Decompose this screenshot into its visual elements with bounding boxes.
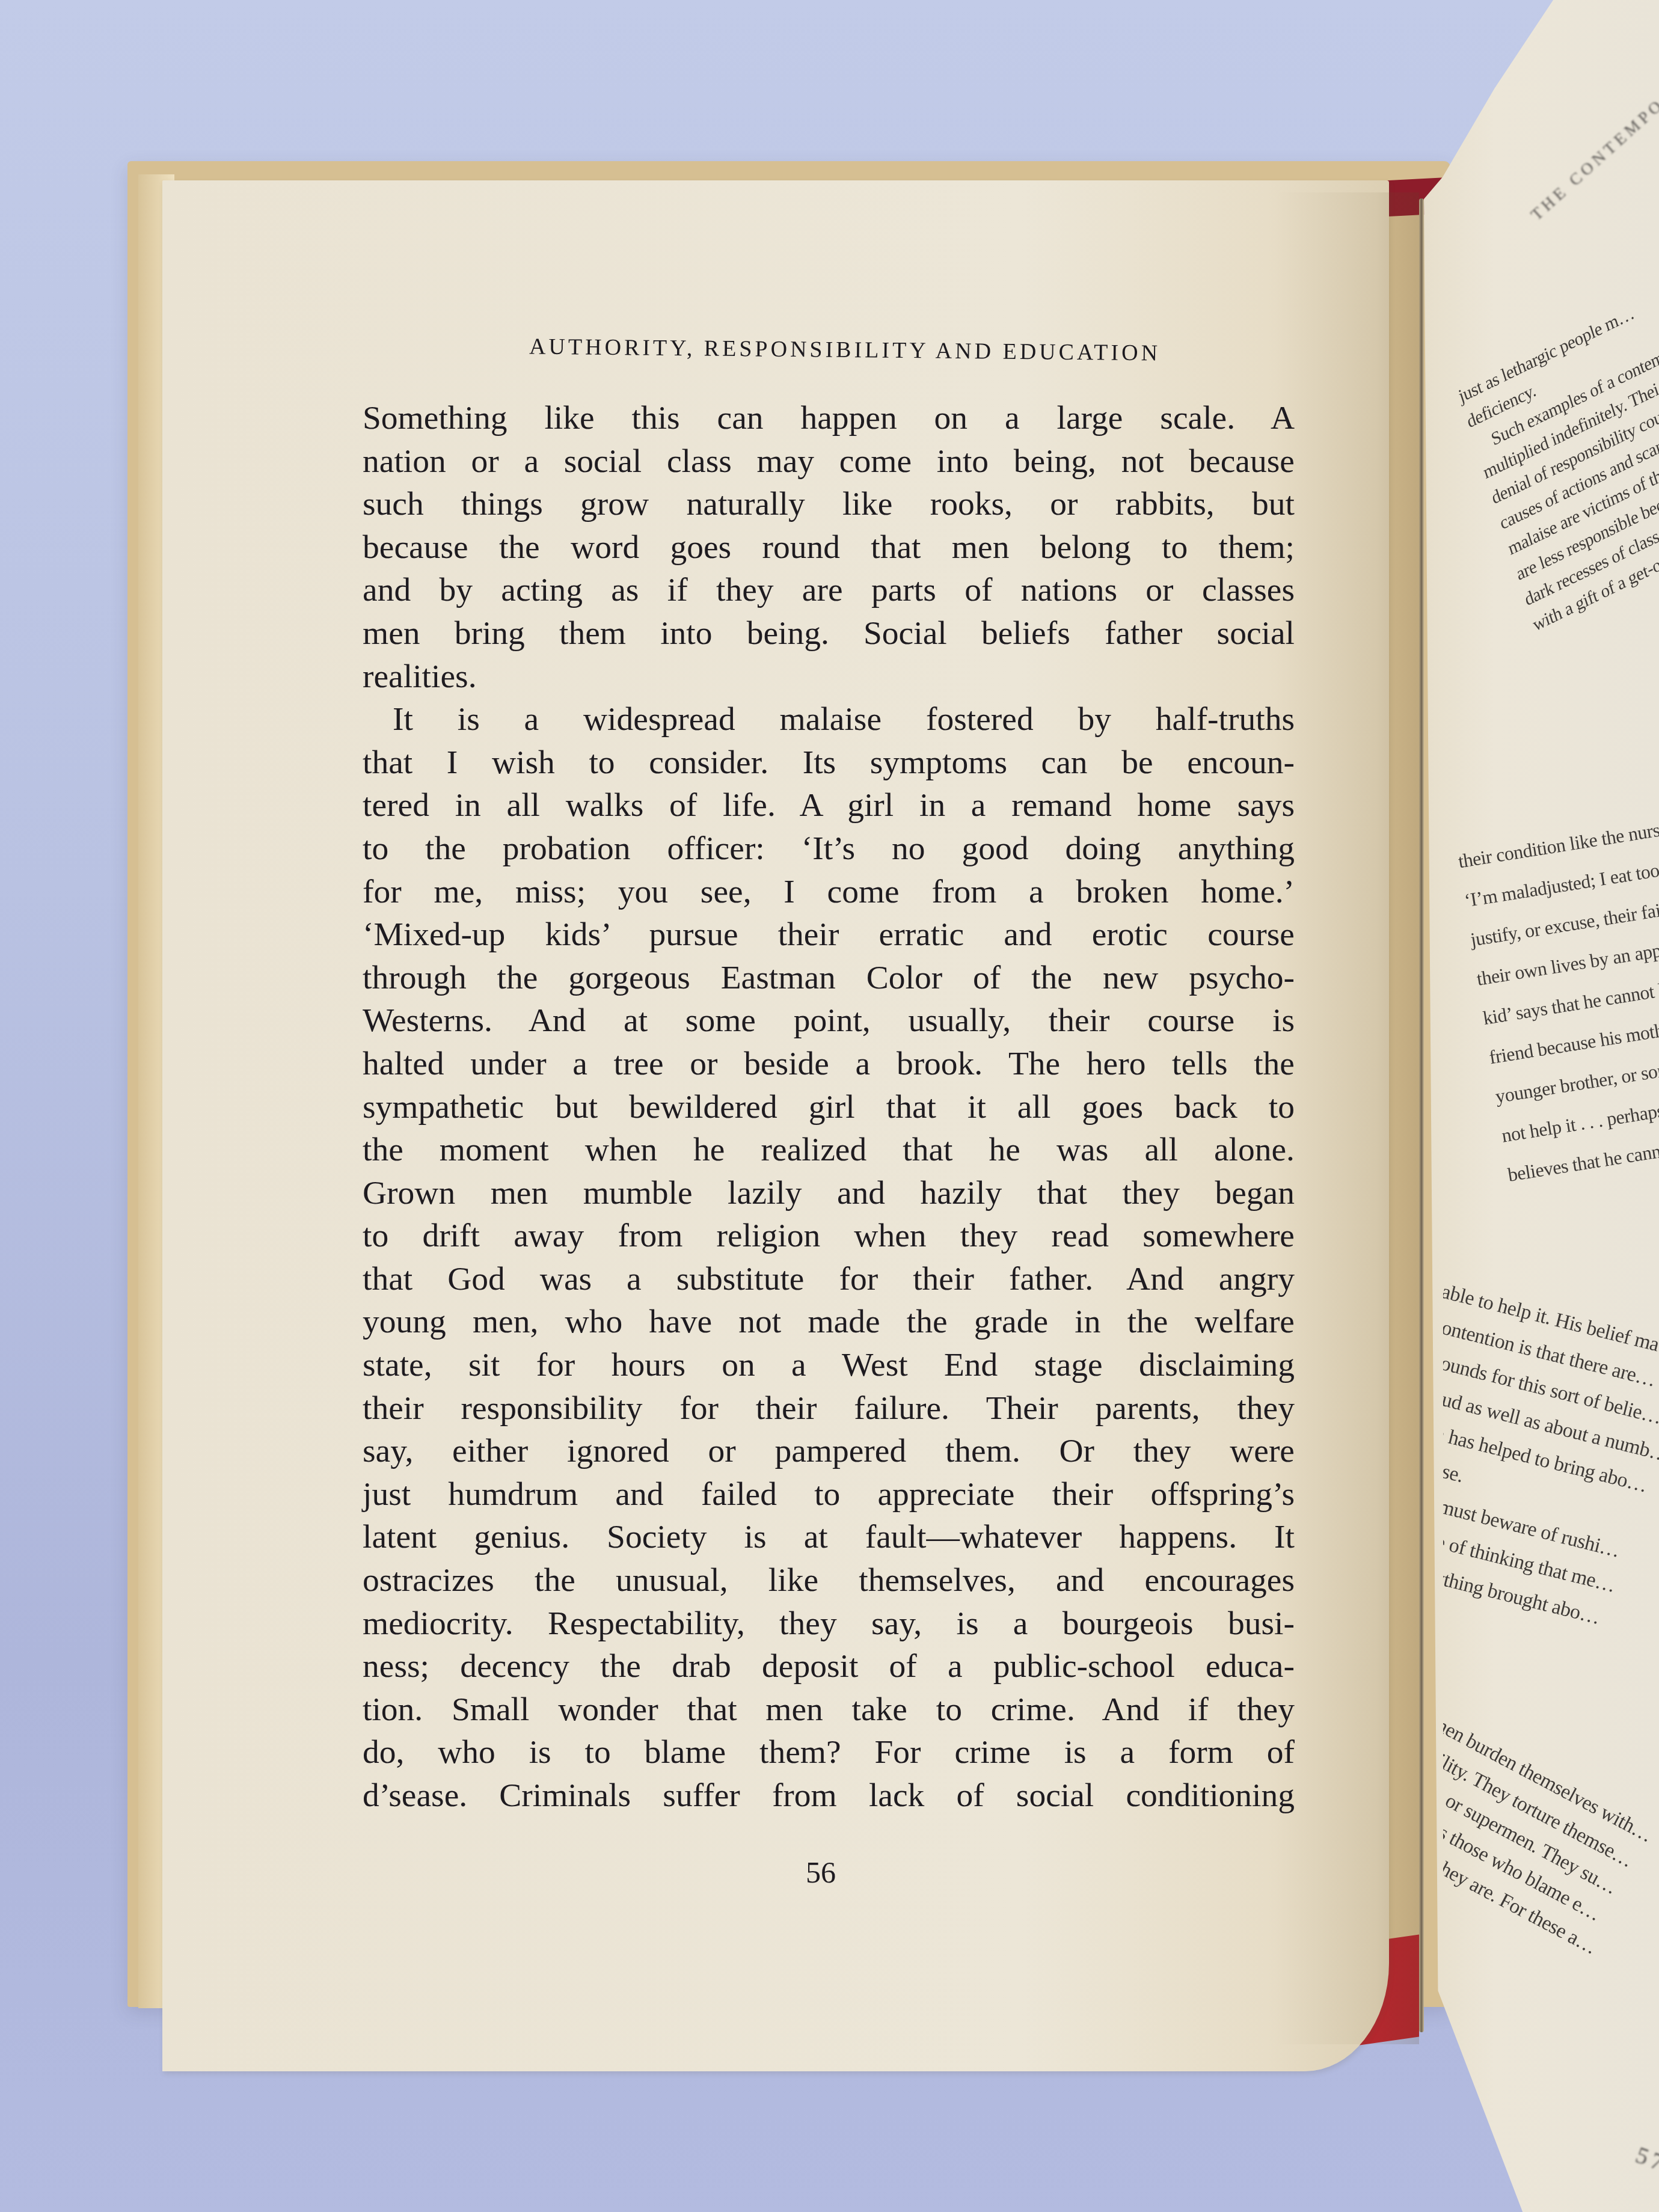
- text-line: to drift away from religion when they re…: [363, 1215, 1295, 1258]
- text-line: say, either ignored or pampered them. Or…: [363, 1430, 1295, 1473]
- text-line: ostracizes the unusual, like themselves,…: [363, 1559, 1295, 1602]
- text-line: ‘Mixed-up kids’ pursue their erratic and…: [363, 913, 1295, 957]
- paragraph-start-line: It is a widespread malaise fostered by h…: [363, 698, 1295, 741]
- text-line: Grown men mumble lazily and hazily that …: [363, 1172, 1295, 1215]
- text-line: ness; decency the drab deposit of a publ…: [363, 1645, 1295, 1688]
- text-line: that God was a substitute for their fath…: [363, 1258, 1295, 1301]
- text-line: d’sease. Criminals suffer from lack of s…: [363, 1774, 1295, 1818]
- right-page-body: just as lethargic people m… deficiency. …: [1455, 200, 1659, 639]
- page-number: 56: [806, 1855, 836, 1890]
- right-page-body-middle: their condition like the nurse… ‘I’m mal…: [1455, 776, 1659, 1194]
- text-line: halted under a tree or beside a brook. T…: [363, 1043, 1295, 1086]
- text-line: men bring them into being. Social belief…: [363, 612, 1295, 655]
- text-line: and by acting as if they are parts of na…: [363, 569, 1295, 612]
- text-line: that I wish to consider. Its symptoms ca…: [363, 741, 1295, 785]
- book-gutter: [1419, 198, 1424, 2032]
- text-line: Something like this can happen on a larg…: [363, 397, 1295, 440]
- right-page-body-lower: able to help it. His belief ma… contenti…: [1443, 1275, 1659, 1681]
- text-line: mediocrity. Respectability, they say, is…: [363, 1602, 1295, 1646]
- right-running-head: THE CONTEMPO…: [1527, 81, 1659, 225]
- text-line: tered in all walks of life. A girl in a …: [363, 784, 1295, 827]
- text-line: realities.: [363, 655, 1295, 699]
- text-line: nation or a social class may come into b…: [363, 440, 1295, 483]
- text-line: their responsibility for their failure. …: [363, 1387, 1295, 1430]
- text-line: for me, miss; you see, I come from a bro…: [363, 871, 1295, 914]
- text-line: just humdrum and failed to appreciate th…: [363, 1473, 1295, 1516]
- text-line: to the probation officer: ‘It’s no good …: [363, 827, 1295, 871]
- right-page-number: 57: [1632, 2140, 1659, 2178]
- text-line: through the gorgeous Eastman Color of th…: [363, 957, 1295, 1000]
- text-line: tion. Small wonder that men take to crim…: [363, 1688, 1295, 1732]
- right-page-body-bottom: men burden themselves with… sibility. Th…: [1443, 1708, 1659, 2043]
- text-line: latent genius. Society is at fault—whate…: [363, 1516, 1295, 1559]
- text-line: the moment when he realized that he was …: [363, 1129, 1295, 1172]
- text-line: state, sit for hours on a West End stage…: [363, 1344, 1295, 1387]
- right-page-content: THE CONTEMPO… just as lethargic people m…: [1443, 0, 1659, 2212]
- text-line: because the word goes round that men bel…: [363, 526, 1295, 569]
- left-page-body: Something like this can happen on a larg…: [363, 397, 1295, 1818]
- text-line: do, who is to blame them? For crime is a…: [363, 1731, 1295, 1774]
- text-line: such things grow naturally like rooks, o…: [363, 483, 1295, 526]
- text-line: Westerns. And at some point, usually, th…: [363, 999, 1295, 1043]
- text-line: young men, who have not made the grade i…: [363, 1301, 1295, 1344]
- text-line: sympathetic but bewildered girl that it …: [363, 1086, 1295, 1129]
